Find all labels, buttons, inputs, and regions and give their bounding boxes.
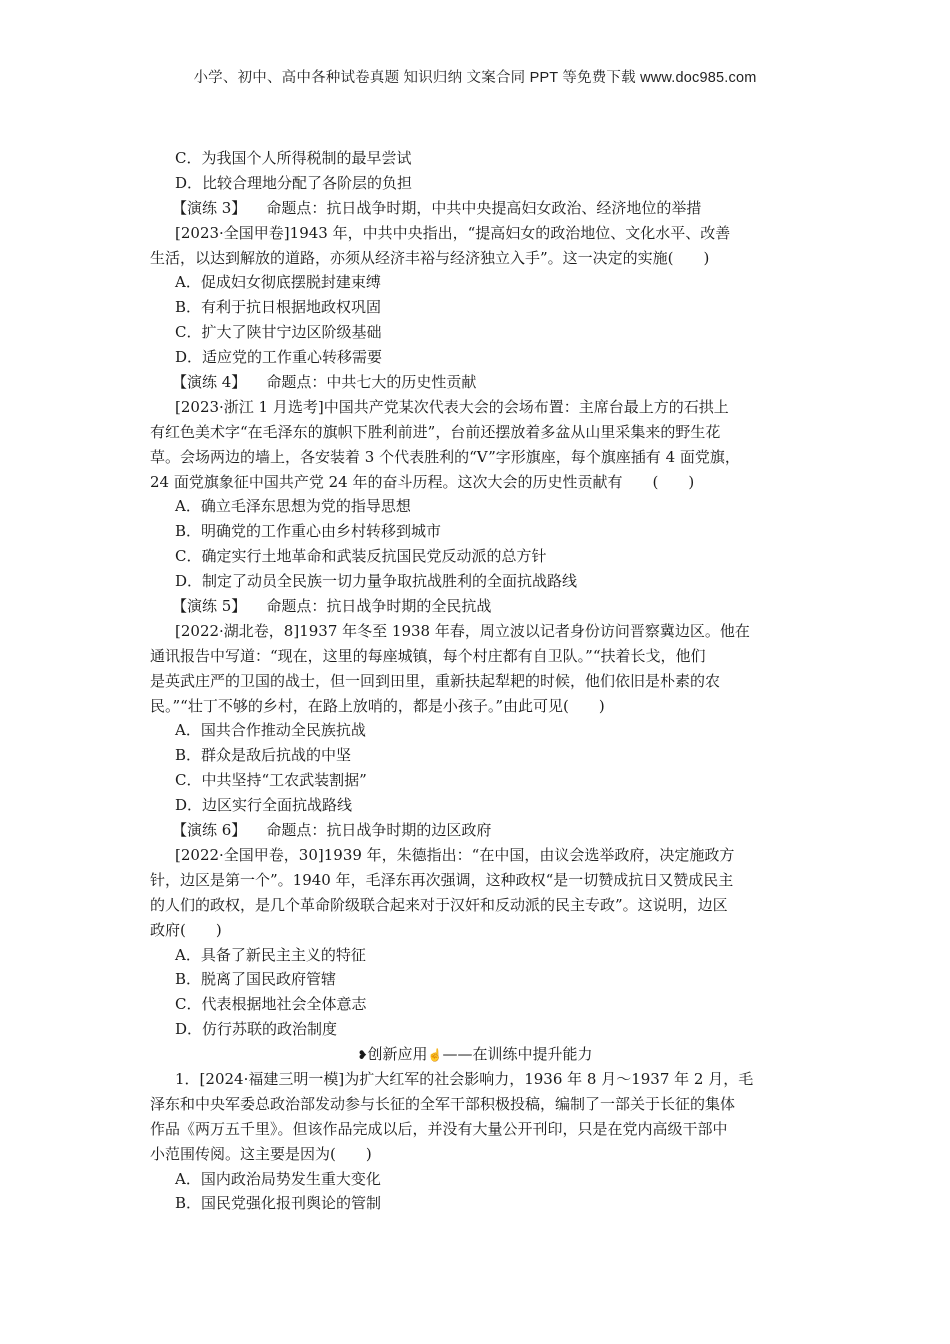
option-b: B．明确党的工作重心由乡村转移到城市: [150, 519, 800, 544]
drill-5-stem-line: 通讯报告中写道：“现在，这里的每座城镇，每个村庄都有自卫队。”“扶着长戈，他们: [150, 644, 800, 669]
option-b: B．群众是敌后抗战的中坚: [150, 743, 800, 768]
option-a: A．国内政治局势发生重大变化: [150, 1167, 800, 1192]
drill-5-stem-line: [2022·湖北卷，8]1937 年冬至 1938 年春，周立波以记者身份访问晋…: [150, 619, 800, 644]
question-1-stem-line: 1．[2024·福建三明一模]为扩大红军的社会影响力，1936 年 8 月～19…: [150, 1067, 800, 1092]
option-b: B．国民党强化报刊舆论的管制: [150, 1191, 800, 1216]
question-1-stem-line: 作品《两万五千里》。但该作品完成以后，并没有大量公开刊印，只是在党内高级干部中: [150, 1117, 800, 1142]
option-d: D．比较合理地分配了各阶层的负担: [150, 171, 800, 196]
pen-nib-icon: ❥: [357, 1043, 367, 1068]
document-body: C．为我国个人所得税制的最早尝试 D．比较合理地分配了各阶层的负担 【演练 3】…: [150, 146, 800, 1216]
drill-4-stem-line: 24 面党旗象征中国共产党 24 年的奋斗历程。这次大会的历史性贡献有 ( ): [150, 470, 800, 495]
option-c: C．扩大了陕甘宁边区阶级基础: [150, 320, 800, 345]
option-a: A．具备了新民主主义的特征: [150, 943, 800, 968]
drill-4-stem-line: 有红色美术字“在毛泽东的旗帜下胜利前进”，台前还摆放着多盆从山里采集来的野生花: [150, 420, 800, 445]
question-1-stem-line: 小范围传阅。这主要是因为( ): [150, 1142, 800, 1167]
drill-4-stem-line: 草。会场两边的墙上，各安装着 3 个代表胜利的“V”字形旗座，每个旗座插有 4 …: [150, 445, 800, 470]
option-d: D．边区实行全面抗战路线: [150, 793, 800, 818]
drill-topic: 命题点：中共七大的历史性贡献: [266, 373, 476, 391]
section-heading: ❥创新应用☝——在训练中提升能力: [150, 1042, 800, 1067]
drill-topic: 命题点：抗日战争时期，中共中央提高妇女政治、经济地位的举措: [266, 199, 701, 217]
option-a: A．国共合作推动全民族抗战: [150, 718, 800, 743]
drill-6-stem-line: 针，边区是第一个”。1940 年，毛泽东再次强调，这种政权“是一切赞成抗日又赞成…: [150, 868, 800, 893]
option-a: A．促成妇女彻底摆脱封建束缚: [150, 270, 800, 295]
drill-4-stem-line: [2023·浙江 1 月选考]中国共产党某次代表大会的会场布置：主席台最上方的石…: [150, 395, 800, 420]
option-c: C．为我国个人所得税制的最早尝试: [150, 146, 800, 171]
section-subtitle: ——在训练中提升能力: [443, 1045, 593, 1063]
option-c: C．中共坚持“工农武装割据”: [150, 768, 800, 793]
drill-6-heading: 【演练 6】命题点：抗日战争时期的边区政府: [150, 818, 800, 843]
drill-3-heading: 【演练 3】命题点：抗日战争时期，中共中央提高妇女政治、经济地位的举措: [150, 196, 800, 221]
drill-tag: 【演练 4】: [172, 373, 246, 391]
option-c: C．代表根据地社会全体意志: [150, 992, 800, 1017]
drill-5-stem-line: 是英武庄严的卫国的战士，但一回到田里，重新扶起犁耙的时候，他们依旧是朴素的农: [150, 669, 800, 694]
option-d: D．适应党的工作重心转移需要: [150, 345, 800, 370]
drill-3-stem-line: 生活，以达到解放的道路，亦须从经济丰裕与经济独立入手”。这一决定的实施( ): [150, 246, 800, 271]
page-header-banner: 小学、初中、高中各种试卷真题 知识归纳 文案合同 PPT 等免费下载 www.d…: [0, 66, 950, 87]
drill-5-heading: 【演练 5】命题点：抗日战争时期的全民抗战: [150, 594, 800, 619]
drill-6-stem-line: 政府( ): [150, 918, 800, 943]
question-1-stem-line: 泽东和中央军委总政治部发动参与长征的全军干部积极投稿，编制了一部关于长征的集体: [150, 1092, 800, 1117]
drill-tag: 【演练 3】: [172, 199, 246, 217]
option-a: A．确立毛泽东思想为党的指导思想: [150, 494, 800, 519]
section-title: 创新应用: [368, 1045, 428, 1063]
drill-topic: 命题点：抗日战争时期的全民抗战: [266, 597, 491, 615]
drill-6-stem-line: 的人们的政权，是几个革命阶级联合起来对于汉奸和反动派的民主专政”。这说明，边区: [150, 893, 800, 918]
option-b: B．脱离了国民政府管辖: [150, 967, 800, 992]
hand-pointer-icon: ☝: [428, 1043, 443, 1068]
drill-topic: 命题点：抗日战争时期的边区政府: [266, 821, 491, 839]
drill-tag: 【演练 5】: [172, 597, 246, 615]
option-b: B．有利于抗日根据地政权巩固: [150, 295, 800, 320]
drill-3-stem-line: [2023·全国甲卷]1943 年，中共中央指出，“提高妇女的政治地位、文化水平…: [150, 221, 800, 246]
drill-6-stem-line: [2022·全国甲卷，30]1939 年，朱德指出：“在中国，由议会选举政府，决…: [150, 843, 800, 868]
drill-4-heading: 【演练 4】命题点：中共七大的历史性贡献: [150, 370, 800, 395]
drill-tag: 【演练 6】: [172, 821, 246, 839]
option-c: C．确定实行土地革命和武装反抗国民党反动派的总方针: [150, 544, 800, 569]
option-d: D．制定了动员全民族一切力量争取抗战胜利的全面抗战路线: [150, 569, 800, 594]
option-d: D．仿行苏联的政治制度: [150, 1017, 800, 1042]
drill-5-stem-line: 民。”“壮丁不够的乡村，在路上放哨的，都是小孩子。”由此可见( ): [150, 694, 800, 719]
